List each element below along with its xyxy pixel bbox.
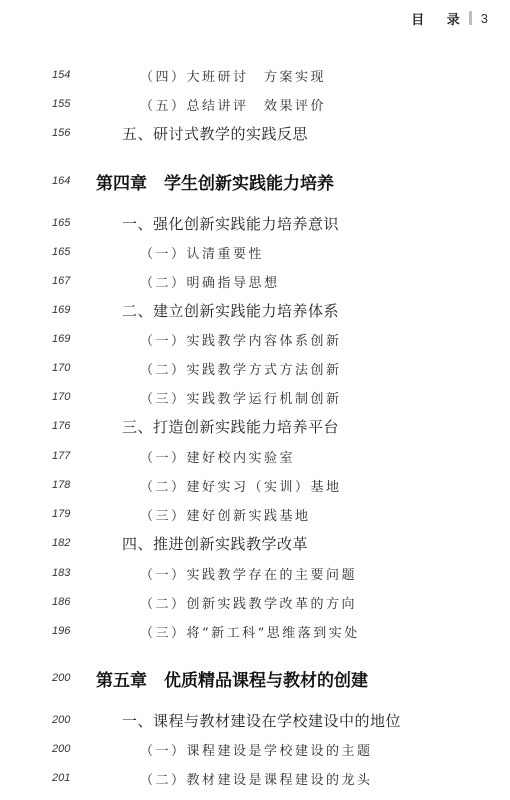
toc-entry-title: （二）明确指导思想 bbox=[140, 272, 280, 291]
toc-chapter-entry[interactable]: 200第五章 优质精品课程与教材的创建 bbox=[0, 666, 510, 690]
toc-page-number: 200 bbox=[52, 743, 70, 755]
toc-page-number: 155 bbox=[52, 98, 70, 110]
toc-page-number: 200 bbox=[52, 714, 70, 726]
toc-subsection-entry[interactable]: 183（一）实践教学存在的主要问题 bbox=[0, 561, 510, 585]
toc-entry-title: 第四章 学生创新实践能力培养 bbox=[96, 169, 334, 194]
toc-entry-title: （二）创新实践教学改革的方向 bbox=[140, 593, 357, 612]
toc-entry-title: 一、课程与教材建设在学校建设中的地位 bbox=[122, 710, 401, 731]
toc-subsection-entry[interactable]: 154（四）大班研讨 方案实现 bbox=[0, 63, 510, 87]
toc-chapter-entry[interactable]: 164第四章 学生创新实践能力培养 bbox=[0, 169, 510, 193]
toc-page-number: 167 bbox=[52, 275, 70, 287]
toc-entry-title: 三、打造创新实践能力培养平台 bbox=[122, 416, 339, 437]
toc-subsection-entry[interactable]: 178（二）建好实习（实训）基地 bbox=[0, 473, 510, 497]
toc-entry-title: 四、推进创新实践教学改革 bbox=[122, 533, 308, 554]
toc-page-number: 169 bbox=[52, 304, 70, 316]
toc-entry-title: （三）建好创新实践基地 bbox=[140, 505, 311, 524]
toc-page-number: 169 bbox=[52, 333, 70, 345]
toc-subsection-entry[interactable]: 170（三）实践教学运行机制创新 bbox=[0, 385, 510, 409]
toc-subsection-entry[interactable]: 186（二）创新实践教学改革的方向 bbox=[0, 590, 510, 614]
toc-section-entry[interactable]: 169二、建立创新实践能力培养体系 bbox=[0, 298, 510, 322]
toc-subsection-entry[interactable]: 201（二）教材建设是课程建设的龙头 bbox=[0, 766, 510, 790]
toc-entry-title: （一）课程建设是学校建设的主题 bbox=[140, 740, 373, 759]
toc-entry-title: （二）实践教学方式方法创新 bbox=[140, 359, 342, 378]
toc-page-number: 170 bbox=[52, 391, 70, 403]
toc-subsection-entry[interactable]: 167（二）明确指导思想 bbox=[0, 269, 510, 293]
toc-page-number: 182 bbox=[52, 537, 70, 549]
toc-entry-title: （四）大班研讨 方案实现 bbox=[140, 66, 326, 85]
toc-page-number: 196 bbox=[52, 625, 70, 637]
toc-page-number: 201 bbox=[52, 772, 70, 784]
toc-subsection-entry[interactable]: 165（一）认清重要性 bbox=[0, 240, 510, 264]
toc-page-number: 154 bbox=[52, 69, 70, 81]
toc-subsection-entry[interactable]: 177（一）建好校内实验室 bbox=[0, 444, 510, 468]
toc-section-entry[interactable]: 156五、研讨式教学的实践反思 bbox=[0, 121, 510, 145]
toc-entry-title: 二、建立创新实践能力培养体系 bbox=[122, 300, 339, 321]
toc-subsection-entry[interactable]: 200（一）课程建设是学校建设的主题 bbox=[0, 737, 510, 761]
toc-subsection-entry[interactable]: 196（三）将“新工科”思维落到实处 bbox=[0, 619, 510, 643]
toc-page-number: 176 bbox=[52, 420, 70, 432]
toc-page-number: 165 bbox=[52, 217, 70, 229]
toc-page-number: 186 bbox=[52, 596, 70, 608]
toc-section-entry[interactable]: 182四、推进创新实践教学改革 bbox=[0, 531, 510, 555]
toc-subsection-entry[interactable]: 179（三）建好创新实践基地 bbox=[0, 502, 510, 526]
toc-entry-title: （一）认清重要性 bbox=[140, 243, 264, 262]
toc-entry-title: （二）建好实习（实训）基地 bbox=[140, 476, 342, 495]
table-of-contents: 154（四）大班研讨 方案实现155（五）总结讲评 效果评价156五、研讨式教学… bbox=[0, 0, 510, 800]
toc-entry-title: （一）实践教学内容体系创新 bbox=[140, 330, 342, 349]
toc-section-entry[interactable]: 200一、课程与教材建设在学校建设中的地位 bbox=[0, 708, 510, 732]
toc-page-number: 170 bbox=[52, 362, 70, 374]
toc-subsection-entry[interactable]: 155（五）总结讲评 效果评价 bbox=[0, 92, 510, 116]
toc-page-number: 177 bbox=[52, 450, 70, 462]
toc-page-number: 165 bbox=[52, 246, 70, 258]
toc-entry-title: （三）实践教学运行机制创新 bbox=[140, 388, 342, 407]
toc-entry-title: （二）教材建设是课程建设的龙头 bbox=[140, 769, 373, 788]
toc-page-number: 156 bbox=[52, 127, 70, 139]
toc-page-number: 200 bbox=[52, 672, 70, 684]
toc-page-number: 183 bbox=[52, 567, 70, 579]
toc-entry-title: 五、研讨式教学的实践反思 bbox=[122, 123, 308, 144]
toc-page-number: 179 bbox=[52, 508, 70, 520]
toc-subsection-entry[interactable]: 170（二）实践教学方式方法创新 bbox=[0, 356, 510, 380]
toc-entry-title: （三）将“新工科”思维落到实处 bbox=[140, 622, 360, 641]
toc-page-number: 178 bbox=[52, 479, 70, 491]
toc-subsection-entry[interactable]: 169（一）实践教学内容体系创新 bbox=[0, 327, 510, 351]
toc-page-number: 164 bbox=[52, 175, 70, 187]
toc-entry-title: （五）总结讲评 效果评价 bbox=[140, 95, 326, 114]
toc-section-entry[interactable]: 165一、强化创新实践能力培养意识 bbox=[0, 211, 510, 235]
toc-section-entry[interactable]: 176三、打造创新实践能力培养平台 bbox=[0, 414, 510, 438]
toc-entry-title: （一）建好校内实验室 bbox=[140, 447, 295, 466]
toc-entry-title: （一）实践教学存在的主要问题 bbox=[140, 564, 357, 583]
toc-entry-title: 第五章 优质精品课程与教材的创建 bbox=[96, 666, 368, 691]
toc-entry-title: 一、强化创新实践能力培养意识 bbox=[122, 213, 339, 234]
